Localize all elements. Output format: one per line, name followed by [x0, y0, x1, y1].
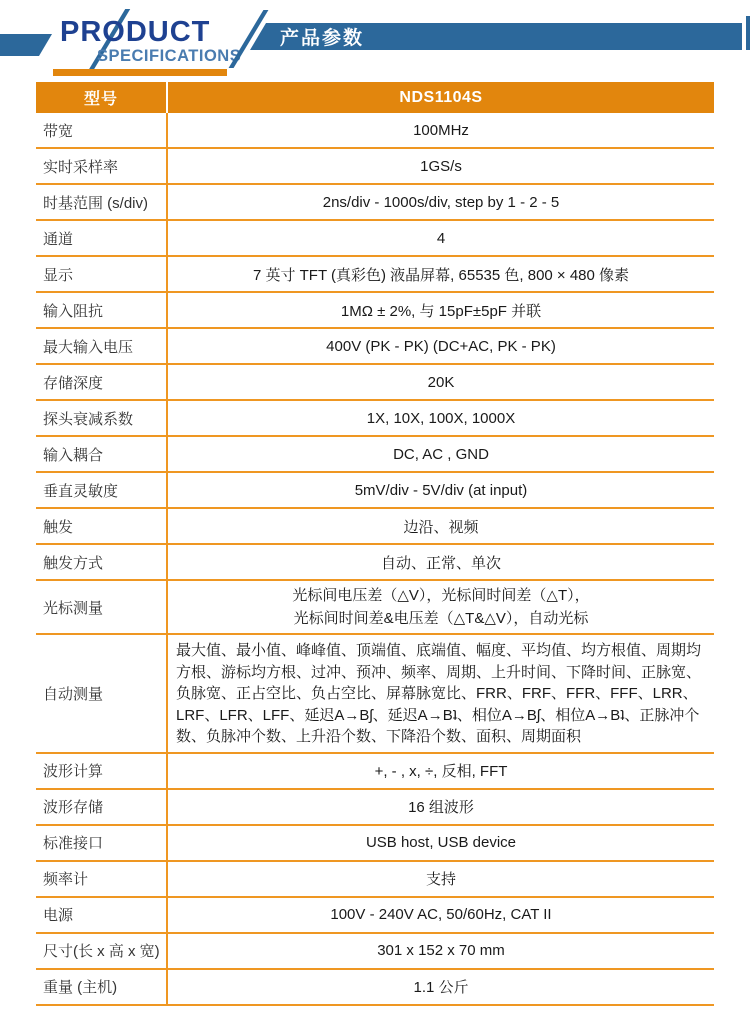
- spec-table: 型号 NDS1104S 带宽 100MHz 实时采样率 1GS/s 时基范围 (…: [36, 82, 714, 1006]
- brand-product-text: PRODUCT: [60, 18, 241, 47]
- row-label: 最大输入电压: [36, 329, 168, 363]
- row-value: 301 x 152 x 70 mm: [168, 934, 714, 968]
- row-label: 自动测量: [36, 635, 168, 752]
- row-label: 波形计算: [36, 754, 168, 788]
- table-row: 输入耦合 DC, AC , GND: [36, 437, 714, 473]
- row-value-line: 光标间电压差（△V），光标间时间差（△T），: [292, 584, 589, 607]
- row-label: 触发方式: [36, 545, 168, 579]
- table-row: 光标测量 光标间电压差（△V），光标间时间差（△T），光标间时间差&电压差（△T…: [36, 581, 714, 635]
- row-label: 显示: [36, 257, 168, 291]
- row-value: DC, AC , GND: [168, 437, 714, 471]
- table-row: 时基范围 (s/div) 2ns/div - 1000s/div, step b…: [36, 185, 714, 221]
- row-label: 输入耦合: [36, 437, 168, 471]
- table-row: 重量 (主机) 1.1 公斤: [36, 970, 714, 1006]
- table-row: 探头衰减系数 1X, 10X, 100X, 1000X: [36, 401, 714, 437]
- row-label: 重量 (主机): [36, 970, 168, 1004]
- table-header-model-label: 型号: [36, 82, 168, 113]
- row-label: 垂直灵敏度: [36, 473, 168, 507]
- page-header: PRODUCT SPECIFICATIONS 产品参数: [0, 0, 750, 80]
- table-row: 输入阻抗 1MΩ ± 2%, 与 15pF±5pF 并联: [36, 293, 714, 329]
- row-value: 4: [168, 221, 714, 255]
- brand-underline: [53, 69, 227, 76]
- table-row: 尺寸(长 x 高 x 宽) 301 x 152 x 70 mm: [36, 934, 714, 970]
- header-band-right-tick: [746, 16, 750, 50]
- table-row: 标准接口 USB host, USB device: [36, 826, 714, 862]
- row-label: 波形存储: [36, 790, 168, 824]
- row-label: 时基范围 (s/div): [36, 185, 168, 219]
- row-label: 输入阻抗: [36, 293, 168, 327]
- row-value: 1MΩ ± 2%, 与 15pF±5pF 并联: [168, 293, 714, 327]
- row-label: 探头衰减系数: [36, 401, 168, 435]
- row-value: 16 组波形: [168, 790, 714, 824]
- row-label: 带宽: [36, 113, 168, 147]
- brand-specifications-text: SPECIFICATIONS: [97, 48, 241, 65]
- table-row: 通道 4: [36, 221, 714, 257]
- row-value: 光标间电压差（△V），光标间时间差（△T），光标间时间差&电压差（△T&△V），…: [168, 581, 714, 633]
- table-row: 触发 边沿、视频: [36, 509, 714, 545]
- table-header-model-value: NDS1104S: [168, 82, 714, 113]
- row-label: 标准接口: [36, 826, 168, 860]
- section-banner-title: 产品参数: [280, 23, 364, 50]
- table-row: 最大输入电压 400V (PK - PK) (DC+AC, PK - PK): [36, 329, 714, 365]
- row-label: 触发: [36, 509, 168, 543]
- table-row: 实时采样率 1GS/s: [36, 149, 714, 185]
- table-row: 自动测量 最大值、最小值、峰峰值、顶端值、底端值、幅度、平均值、均方根值、周期均…: [36, 635, 714, 754]
- row-label: 频率计: [36, 862, 168, 896]
- row-value: +, - , x, ÷, 反相, FFT: [168, 754, 714, 788]
- table-row: 电源 100V - 240V AC, 50/60Hz, CAT II: [36, 898, 714, 934]
- table-header-row: 型号 NDS1104S: [36, 82, 714, 113]
- row-value: 自动、正常、单次: [168, 545, 714, 579]
- row-label: 通道: [36, 221, 168, 255]
- table-row: 触发方式 自动、正常、单次: [36, 545, 714, 581]
- row-value: 1.1 公斤: [168, 970, 714, 1004]
- table-row: 频率计 支持: [36, 862, 714, 898]
- row-value: 支持: [168, 862, 714, 896]
- row-value-line: 光标间时间差&电压差（△T&△V），自动光标: [294, 607, 589, 630]
- brand-logo: PRODUCT SPECIFICATIONS: [60, 18, 241, 76]
- row-value: 20K: [168, 365, 714, 399]
- row-value: 5mV/div - 5V/div (at input): [168, 473, 714, 507]
- row-value: 400V (PK - PK) (DC+AC, PK - PK): [168, 329, 714, 363]
- header-band-left: [0, 34, 52, 56]
- table-row: 波形存储 16 组波形: [36, 790, 714, 826]
- section-banner: 产品参数: [250, 23, 742, 50]
- row-value: USB host, USB device: [168, 826, 714, 860]
- row-value: 1GS/s: [168, 149, 714, 183]
- row-label: 尺寸(长 x 高 x 宽): [36, 934, 168, 968]
- row-label: 光标测量: [36, 581, 168, 633]
- row-value: 1X, 10X, 100X, 1000X: [168, 401, 714, 435]
- row-value: 最大值、最小值、峰峰值、顶端值、底端值、幅度、平均值、均方根值、周期均方根、游标…: [168, 635, 714, 752]
- table-row: 显示 7 英寸 TFT (真彩色) 液晶屏幕, 65535 色, 800 × 4…: [36, 257, 714, 293]
- row-label: 存储深度: [36, 365, 168, 399]
- table-body: 带宽 100MHz 实时采样率 1GS/s 时基范围 (s/div) 2ns/d…: [36, 113, 714, 1006]
- table-row: 垂直灵敏度 5mV/div - 5V/div (at input): [36, 473, 714, 509]
- row-value: 100V - 240V AC, 50/60Hz, CAT II: [168, 898, 714, 932]
- row-value: 100MHz: [168, 113, 714, 147]
- row-label: 实时采样率: [36, 149, 168, 183]
- table-row: 波形计算 +, - , x, ÷, 反相, FFT: [36, 754, 714, 790]
- row-value: 2ns/div - 1000s/div, step by 1 - 2 - 5: [168, 185, 714, 219]
- row-value: 7 英寸 TFT (真彩色) 液晶屏幕, 65535 色, 800 × 480 …: [168, 257, 714, 291]
- row-label: 电源: [36, 898, 168, 932]
- table-row: 存储深度 20K: [36, 365, 714, 401]
- table-row: 带宽 100MHz: [36, 113, 714, 149]
- row-value: 边沿、视频: [168, 509, 714, 543]
